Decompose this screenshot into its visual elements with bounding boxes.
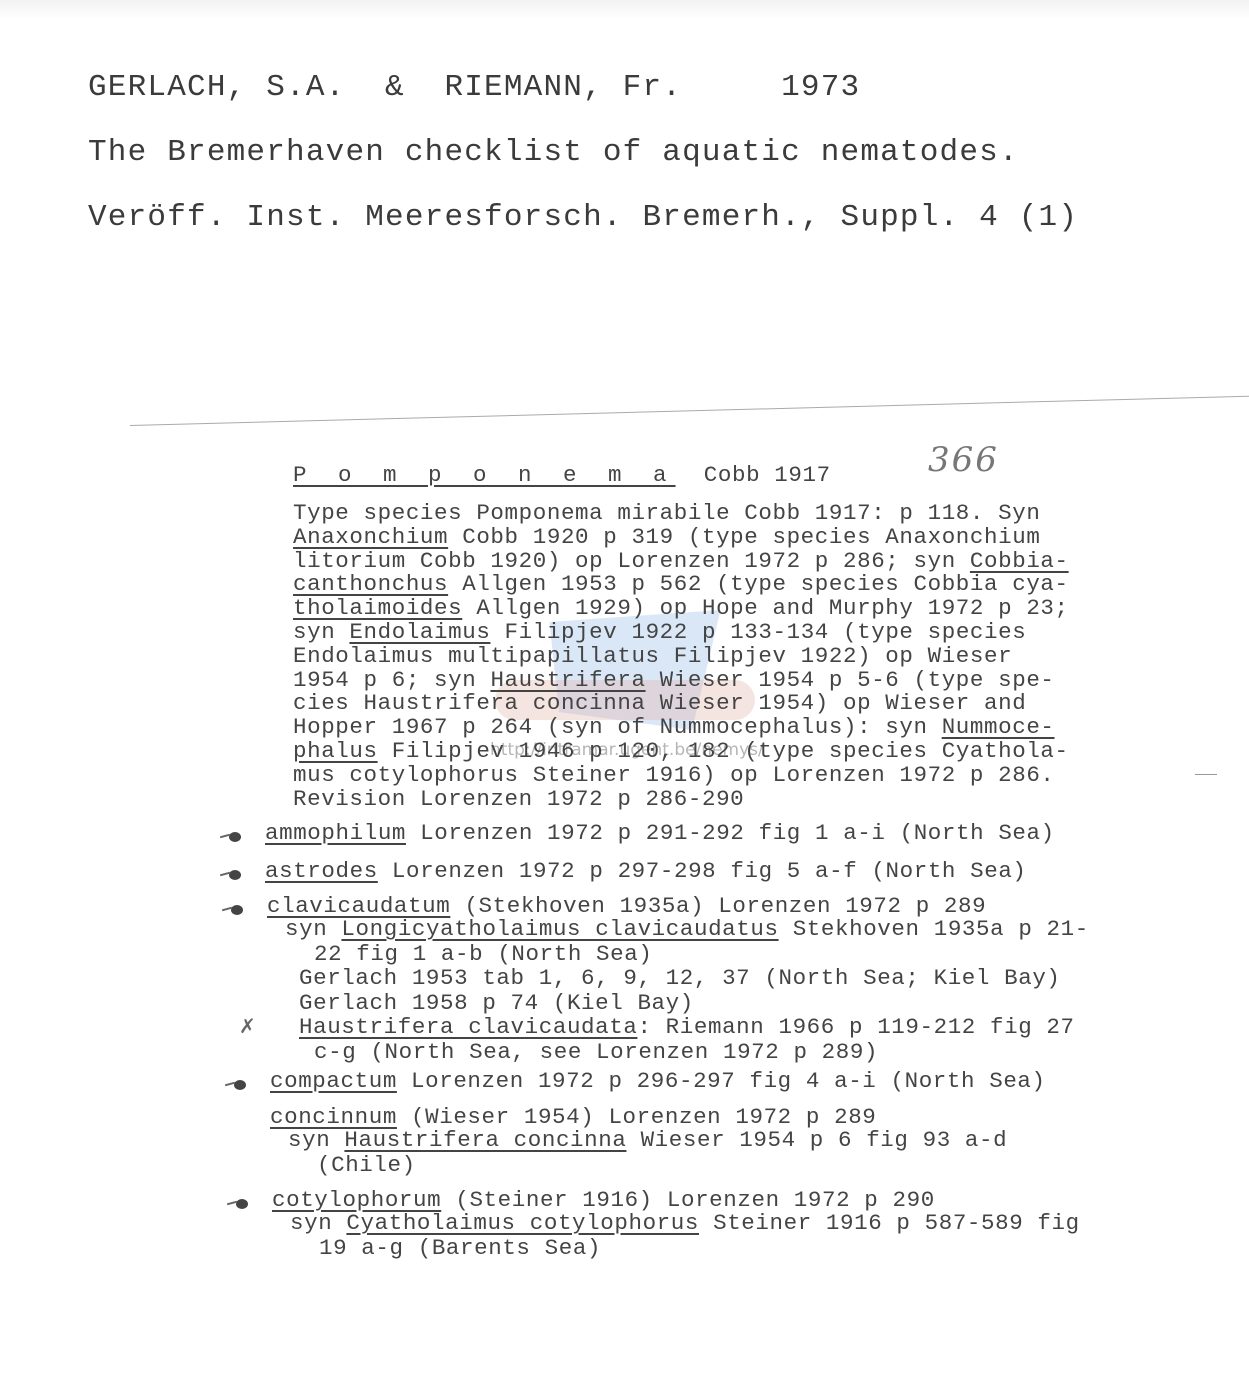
description-line: tholaimoides Allgen 1929) op Hope and Mu… bbox=[293, 595, 1069, 621]
description-line: syn Endolaimus Filipjev 1922 p 133-134 (… bbox=[293, 619, 1026, 645]
hand-cross-icon: ✗ bbox=[239, 1014, 256, 1038]
hand-mark-icon bbox=[229, 832, 241, 842]
description-line: Revision Lorenzen 1972 p 286-290 bbox=[293, 786, 744, 812]
synonym-name: Haustrifera concinna bbox=[344, 1127, 626, 1153]
hand-mark-icon bbox=[229, 870, 241, 880]
species-name: astrodes bbox=[265, 858, 378, 884]
species-name: compactum bbox=[270, 1068, 397, 1094]
synonym-genus: Haustrifera bbox=[490, 667, 645, 693]
species-detail-line: syn Cyatholaimus cotylophorus Steiner 19… bbox=[290, 1210, 1080, 1236]
species-entry: compactum Lorenzen 1972 p 296-297 fig 4 … bbox=[270, 1068, 1046, 1094]
genus-authority: Cobb 1917 bbox=[704, 462, 831, 488]
description-line: Anaxonchium Cobb 1920 p 319 (type specie… bbox=[293, 524, 1040, 550]
hand-mark-icon bbox=[236, 1199, 248, 1209]
hand-mark-icon bbox=[231, 905, 243, 915]
species-detail-line: Gerlach 1958 p 74 (Kiel Bay) bbox=[299, 990, 694, 1016]
species-detail-line: 19 a-g (Barents Sea) bbox=[319, 1235, 601, 1261]
species-entry: astrodes Lorenzen 1972 p 297-298 fig 5 a… bbox=[265, 858, 1027, 884]
handwritten-page-number: 366 bbox=[928, 440, 999, 480]
synonym-genus: Endolaimus bbox=[349, 619, 490, 645]
species-detail-line: syn Haustrifera concinna Wieser 1954 p 6… bbox=[288, 1127, 1007, 1153]
description-line: canthonchus Allgen 1953 p 562 (type spec… bbox=[293, 571, 1069, 597]
species-name: ammophilum bbox=[265, 820, 406, 846]
description-line: mus cotylophorus Steiner 1916) op Lorenz… bbox=[293, 762, 1055, 788]
description-line: Endolaimus multipapillatus Filipjev 1922… bbox=[293, 643, 1012, 669]
genus-heading: P o m p o n e m a Cobb 1917 bbox=[293, 462, 831, 488]
synonym-genus: Anaxonchium bbox=[293, 524, 448, 550]
description-line: cies Haustrifera concinna Wieser 1954) o… bbox=[293, 690, 1026, 716]
species-detail-line: Haustrifera clavicaudata: Riemann 1966 p… bbox=[299, 1014, 1075, 1040]
description-line: 1954 p 6; syn Haustrifera Wieser 1954 p … bbox=[293, 667, 1055, 693]
synonym-name: Longicyatholaimus clavicaudatus bbox=[341, 916, 778, 942]
description-line: Type species Pomponema mirabile Cobb 191… bbox=[293, 500, 1040, 526]
species-detail-line: Gerlach 1953 tab 1, 6, 9, 12, 37 (North … bbox=[299, 965, 1061, 991]
synonym-genus: Nummoce- bbox=[942, 714, 1055, 740]
species-detail-line: syn Longicyatholaimus clavicaudatus Stek… bbox=[285, 916, 1089, 942]
species-entry: ammophilum Lorenzen 1972 p 291-292 fig 1… bbox=[265, 820, 1055, 846]
synonym-name: Haustrifera clavicaudata bbox=[299, 1014, 637, 1040]
description-line: Hopper 1967 p 264 (syn of Nummocephalus)… bbox=[293, 714, 1055, 740]
checklist-card: 366 P o m p o n e m a Cobb 1917 Type spe… bbox=[0, 0, 1249, 1375]
synonym-genus: canthonchus bbox=[293, 571, 448, 597]
species-detail-line: (Chile) bbox=[317, 1152, 416, 1178]
synonym-genus: Cobbia- bbox=[970, 548, 1069, 574]
genus-name: P o m p o n e m a bbox=[293, 462, 676, 488]
synonym-genus: tholaimoides bbox=[293, 595, 462, 621]
synonym-genus: phalus bbox=[293, 738, 378, 764]
description-line: litorium Cobb 1920) op Lorenzen 1972 p 2… bbox=[293, 548, 1069, 574]
synonym-name: Cyatholaimus cotylophorus bbox=[346, 1210, 699, 1236]
species-detail-line: 22 fig 1 a-b (North Sea) bbox=[314, 941, 652, 967]
description-line: phalus Filipjev 1946 p 120, 182 (type sp… bbox=[293, 738, 1069, 764]
hand-mark-icon bbox=[234, 1080, 246, 1090]
species-detail-line: c-g (North Sea, see Lorenzen 1972 p 289) bbox=[314, 1039, 878, 1065]
